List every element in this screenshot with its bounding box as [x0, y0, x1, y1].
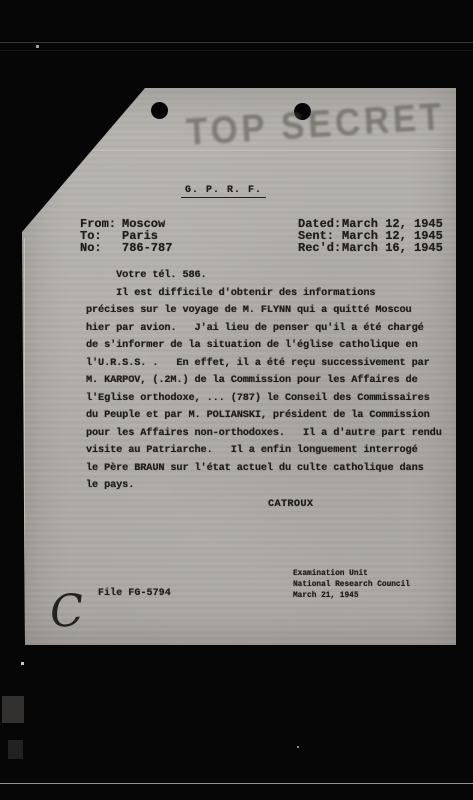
- punch-hole-left: [151, 102, 168, 119]
- document-heading: G. P. R. F.: [181, 185, 266, 198]
- file-reference: File FG-5794: [98, 587, 171, 598]
- handwritten-c-mark: C: [49, 589, 86, 635]
- meta-no-value: 786-787: [122, 242, 172, 254]
- meta-origin-block: From: Moscow To: Paris No: 786-787: [80, 218, 172, 254]
- scan-speckle: [8, 740, 23, 759]
- scan-artifact-line: [0, 42, 473, 43]
- meta-recd-row: Rec'd: March 16, 1945: [298, 242, 443, 254]
- meta-recd-value: March 16, 1945: [342, 242, 443, 254]
- scanned-document: TOP SECRET G. P. R. F. From: Moscow To: …: [0, 0, 473, 800]
- telegram-body: Votre tél. 586. Il est difficile d'obten…: [86, 267, 466, 495]
- top-secret-stamp: TOP SECRET: [185, 96, 454, 155]
- scan-speckle: [36, 45, 39, 48]
- scan-speckle: [21, 662, 24, 665]
- meta-no-row: No: 786-787: [80, 242, 172, 254]
- scan-artifact-line: [0, 50, 473, 51]
- scan-speckle: [2, 696, 24, 723]
- meta-dates-block: Dated: March 12, 1945 Sent: March 12, 19…: [298, 218, 443, 254]
- scan-artifact-line: [0, 783, 473, 784]
- signature: CATROUX: [268, 498, 313, 510]
- document-page: TOP SECRET G. P. R. F. From: Moscow To: …: [22, 88, 456, 645]
- meta-no-label: No:: [80, 242, 122, 254]
- examination-unit-block: Examination Unit National Research Counc…: [293, 569, 410, 602]
- scan-speckle: [297, 746, 299, 748]
- meta-recd-label: Rec'd:: [298, 242, 342, 254]
